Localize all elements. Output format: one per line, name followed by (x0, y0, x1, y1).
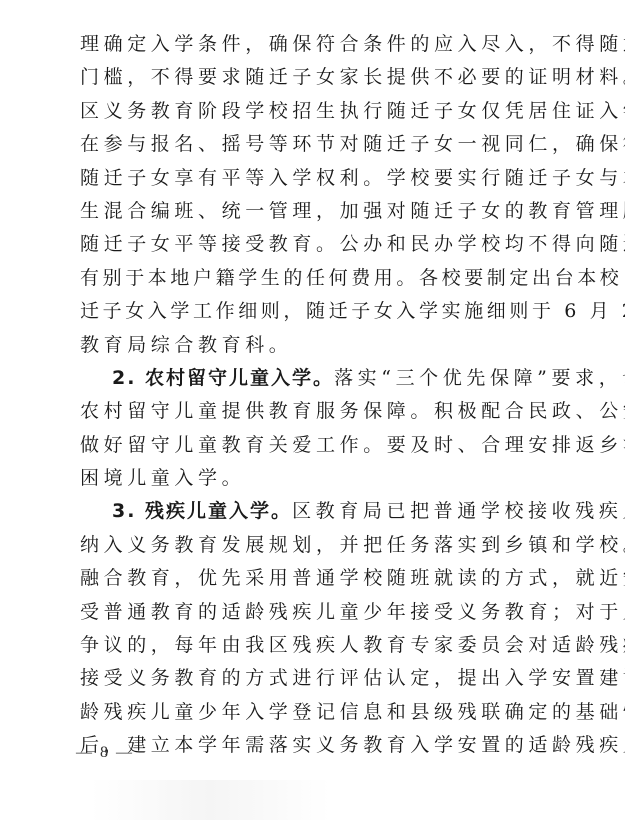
text-line: 迁子女入学工作细则，随迁子女入学实施细则于 6 月 20 日前报区 (80, 295, 548, 328)
page-number: — 8 — (76, 744, 134, 762)
text-line: 龄残疾儿童少年入学登记信息和县级残联确定的基础性数据核对 (80, 696, 548, 729)
text-run: 落实“三个优先保障”要求，切实为 (334, 367, 625, 389)
text-line: 接受义务教育的方式进行评估认定，提出入学安置建议后，对适 (80, 662, 548, 695)
section-first-line: 2. 农村留守儿童入学。落实“三个优先保障”要求，切实为 (80, 362, 548, 395)
section-heading: 3. 残疾儿童入学。 (112, 500, 292, 522)
text-line: 生混合编班、统一管理，加强对随迁子女的教育管理服务，保障 (80, 195, 548, 228)
text-line: 区义务教育阶段学校招生执行随迁子女仅凭居住证入学政策，要 (80, 95, 548, 128)
paragraph-migrant-children: 理确定入学条件，确保符合条件的应入尽入，不得随意提高入学 门槛，不得要求随迁子女… (80, 28, 548, 362)
text-line: 在参与报名、摇号等环节对随迁子女一视同仁，确保符合条件的 (80, 128, 548, 161)
text-line: 后，建立本学年需落实义务教育入学安置的适龄残疾儿童少年名 (80, 729, 548, 762)
text-line: 随迁子女平等接受教育。公办和民办学校均不得向随迁子女收取 (80, 228, 548, 261)
text-line: 做好留守儿童教育关爱工作。要及时、合理安排返乡流浪儿童及 (80, 429, 548, 462)
text-line: 纳入义务教育发展规划，并把任务落实到乡镇和学校。积极推进 (80, 529, 548, 562)
section-disabled-children: 3. 残疾儿童入学。区教育局已把普通学校接收残疾儿童少年 纳入义务教育发展规划，… (80, 495, 548, 762)
text-line: 困境儿童入学。 (80, 462, 548, 495)
text-line: 受普通教育的适龄残疾儿童少年接受义务教育；对于入学安置有 (80, 596, 548, 629)
text-line: 融合教育，优先采用普通学校随班就读的方式，就近安排能够接 (80, 562, 548, 595)
text-line: 有别于本地户籍学生的任何费用。各校要制定出台本校 2022 年随 (80, 262, 548, 295)
text-line: 争议的，每年由我区残疾人教育专家委员会对适龄残疾儿童少年 (80, 629, 548, 662)
text-line: 门槛，不得要求随迁子女家长提供不必要的证明材料。今年开平 (80, 61, 548, 94)
text-line: 随迁子女享有平等入学权利。学校要实行随迁子女与本地户籍学 (80, 162, 548, 195)
document-page: 理确定入学条件，确保符合条件的应入尽入，不得随意提高入学 门槛，不得要求随迁子女… (80, 28, 548, 763)
text-line: 理确定入学条件，确保符合条件的应入尽入，不得随意提高入学 (80, 28, 548, 61)
scan-artifact (90, 780, 330, 820)
section-heading: 2. 农村留守儿童入学。 (112, 367, 334, 389)
text-line: 农村留守儿童提供教育服务保障。积极配合民政、公安等部门， (80, 395, 548, 428)
section-first-line: 3. 残疾儿童入学。区教育局已把普通学校接收残疾儿童少年 (80, 495, 548, 528)
text-line: 教育局综合教育科。 (80, 329, 548, 362)
section-rural-left-behind-children: 2. 农村留守儿童入学。落实“三个优先保障”要求，切实为 农村留守儿童提供教育服… (80, 362, 548, 496)
text-run: 区教育局已把普通学校接收残疾儿童少年 (292, 500, 625, 522)
